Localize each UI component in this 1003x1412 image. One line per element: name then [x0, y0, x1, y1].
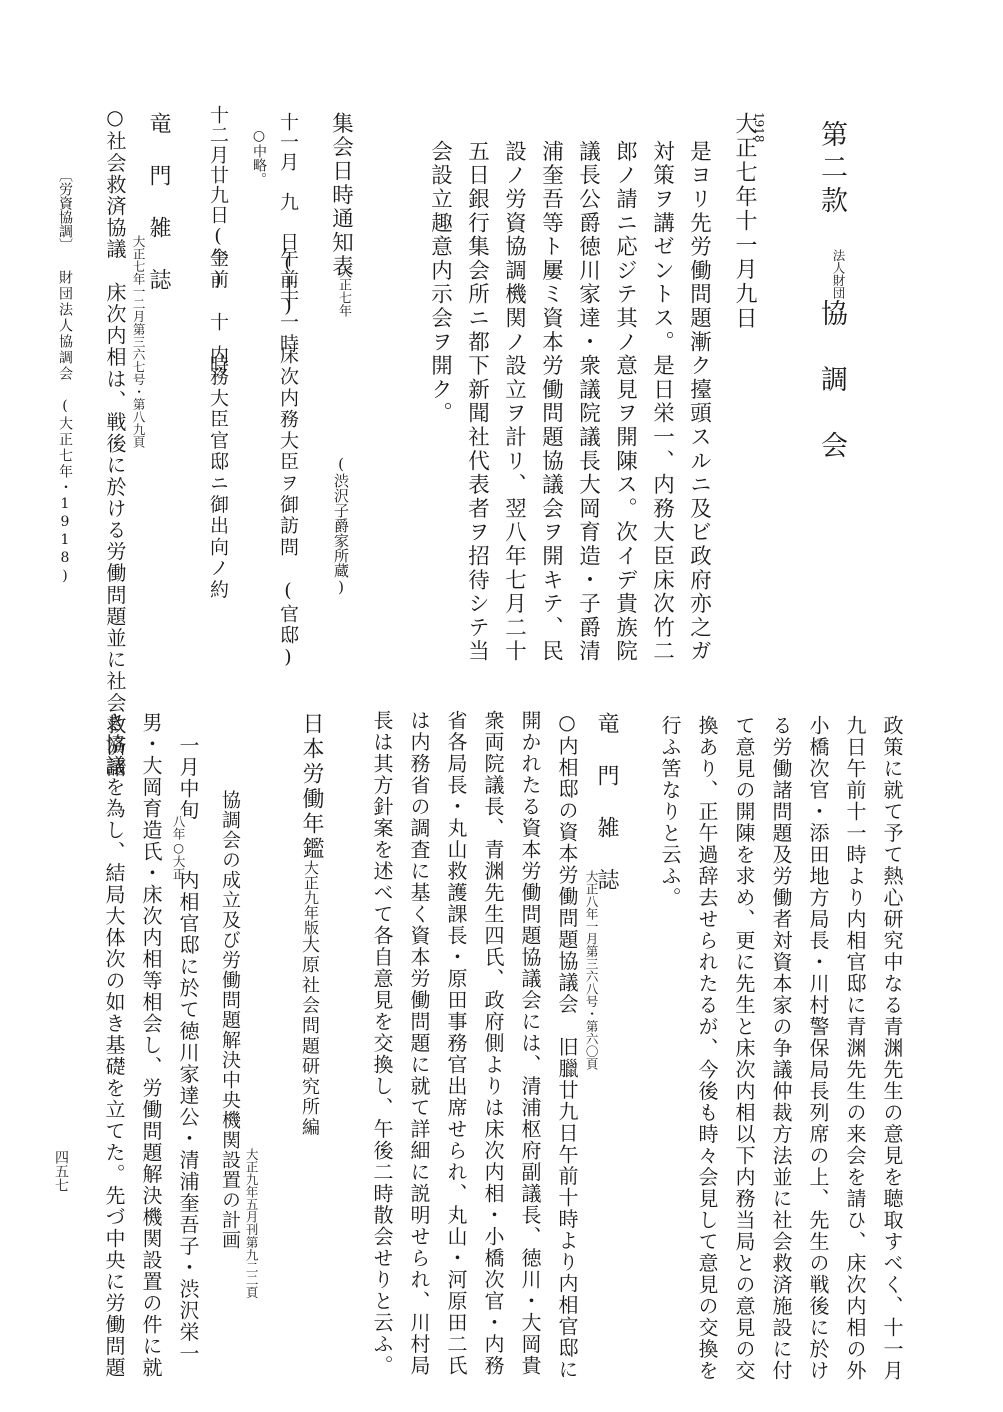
title-prefix: 財団法人 — [832, 249, 845, 299]
ryumon-2-line-5: は内務省の調査に基く資本労働問題に就て詳細に説明せられ、川村局 — [409, 710, 429, 1377]
page-number: 四五七 — [54, 1150, 68, 1192]
schedule-omission-note: ○中略。 — [252, 128, 266, 186]
organization-name: 協 調 会 — [816, 299, 847, 464]
section-title: 第二款財団法人協 調 会 — [818, 120, 845, 464]
ryumon-2-line-2: 開かれたる資本労働問題協議会には、清浦枢府副議長、徳川・大岡貴 — [520, 710, 540, 1377]
lower-line-5: て意見の開陳を求め、更に先生と床次内相以下内務当局との意見の交 — [734, 715, 754, 1382]
entry-line-3: 郎ノ請ニ応ジテ其ノ意見ヲ開陳ス。次イデ貴族院 — [614, 140, 636, 664]
schedule-year: 大正七年 — [337, 265, 350, 317]
yearbook-line-1-b: 内相官邸に於て徳川家達公・清浦奎吾子・渋沢栄一 — [178, 870, 198, 1365]
yearbook-line-1-a: 一月中旬 — [178, 735, 198, 821]
entry-line-6: 設ノ労資協調機関ノ設立ヲ計リ、翌八年七月二十 — [503, 140, 525, 664]
entry-line-4: 議長公爵徳川家達・衆議院議長大岡育造・子爵清 — [577, 140, 599, 664]
yearbook-line-2: 男・大岡育造氏・床次内相等相会し、労働問題解決機関設置の件に就 — [141, 712, 161, 1379]
yearbook-title: 日本労働年鑑 — [300, 712, 322, 862]
issue-number: 第三六八号・第六〇頁 — [585, 945, 598, 1070]
yearbook-page-ref: 第九二二頁大正九年五月刊 — [245, 1148, 258, 1298]
title-prefix-top: 財団 — [832, 274, 845, 299]
entry-line-5: 浦奎吾等ト屢ミ資本労働問題協議会ヲ開キテ、民 — [540, 140, 562, 664]
running-footer-left: 〔労資協調〕 — [58, 168, 72, 252]
page-ref: 第九二二頁 — [245, 1236, 258, 1299]
source-ryumon-1-issue: 第三六七号・第八九頁大正七年一二月 — [132, 235, 145, 448]
entry-line-1: 是ヨリ先労働問題漸ク擡頭スルニ及ビ政府亦之ガ — [688, 140, 710, 664]
ryumon-1-line-1: ○社会救済協議 床次内相は、戦後に於ける労働問題並に社会救済諸 — [105, 105, 125, 779]
source-ryumon-2-issue: 第三六八号・第六〇頁大正八年一月 — [585, 870, 598, 1070]
source-ryumon-2-title: 竜 門 雑 誌 — [595, 712, 617, 894]
date-note-bottom: 八年 — [172, 815, 185, 840]
lower-line-6: 換あり、正午過辞去せられたるが、今後も時々会見して意見の交換を — [697, 715, 717, 1382]
yearbook-line-3: き協議を為し、結局大体次の如き基礎を立てた。先づ中央に労働問題 — [104, 712, 124, 1379]
yearbook-subheading: 協調会の成立及び労働問題解決中央機関設置の計画 — [220, 790, 239, 1250]
lower-line-2: 九日午前十一時より内相官邸に青渊先生の来会を請ひ、床次内相の外 — [845, 715, 865, 1382]
issue-number: 第三六七号・第八九頁 — [132, 323, 145, 448]
entry-line-2: 対策ヲ講ゼントス。是日栄一、内務大臣床次竹二 — [651, 140, 673, 664]
entry-date: 大正七年十一月九日 — [733, 112, 755, 331]
schedule-title: 集会日時通知表 — [330, 112, 352, 279]
schedule-source: (渋沢子爵家所蔵) — [333, 455, 348, 596]
issue-date: 大正八年一月 — [585, 870, 598, 945]
ryumon-2-line-6: 長は其方針案を述べて各自意見を交換し、午後二時散会せりと云ふ。 — [372, 710, 392, 1377]
lower-line-3: 小橋次官・添田地方局長・川村警保局長列席の上、先生の戦後に於け — [808, 715, 828, 1382]
section-number: 第二款 — [816, 120, 847, 219]
lower-line-4: る労働諸問題及労働者対資本家の争議仲裁方法並に社会救済施設に付 — [771, 715, 791, 1382]
schedule-row-1-event: 床次内務大臣ヲ御訪問 (官邸) — [278, 345, 297, 671]
title-prefix-bottom: 法人 — [832, 249, 845, 274]
yearbook-editor: 大原社会問題研究所編 — [300, 935, 318, 1138]
lower-line-7: 行ふ筈なりと云ふ。 — [660, 715, 680, 909]
schedule-row-2-event: 内務大臣官邸ニ御出向ノ約 — [208, 345, 227, 601]
ryumon-2-line-4: 省各局長・丸山救護課長・原田事務官出席せられ、丸山・河原田二氏 — [446, 710, 466, 1377]
entry-line-7: 五日銀行集会所ニ都下新聞社代表者ヲ招待シテ当 — [466, 140, 488, 664]
publication-date: 大正九年五月刊 — [245, 1148, 258, 1236]
yearbook-edition: 大正九年版 — [303, 860, 318, 935]
source-ryumon-1-title: 竜 門 雑 誌 — [147, 112, 169, 294]
issue-date: 大正七年一二月 — [132, 235, 145, 323]
lower-line-1: 政策に就て予て熱心研究中なる青渊先生の意見を聴取すべく、十一月 — [882, 715, 902, 1382]
running-footer-right: 財団法人協調会 (大正七年・1918) — [58, 270, 72, 586]
schedule-row-1-time: 午前十一時 — [278, 248, 297, 355]
entry-line-8: 会設立趣意内示会ヲ開ク。 — [429, 140, 451, 426]
ryumon-2-line-3: 衆両院議長、青渊先生四氏、政府側よりは床次内相・小橋次官・内務 — [483, 710, 503, 1377]
ryumon-2-line-1: ○内相邸の資本労働問題協議会 旧臘廿九日午前十時より内相官邸に — [557, 710, 577, 1381]
